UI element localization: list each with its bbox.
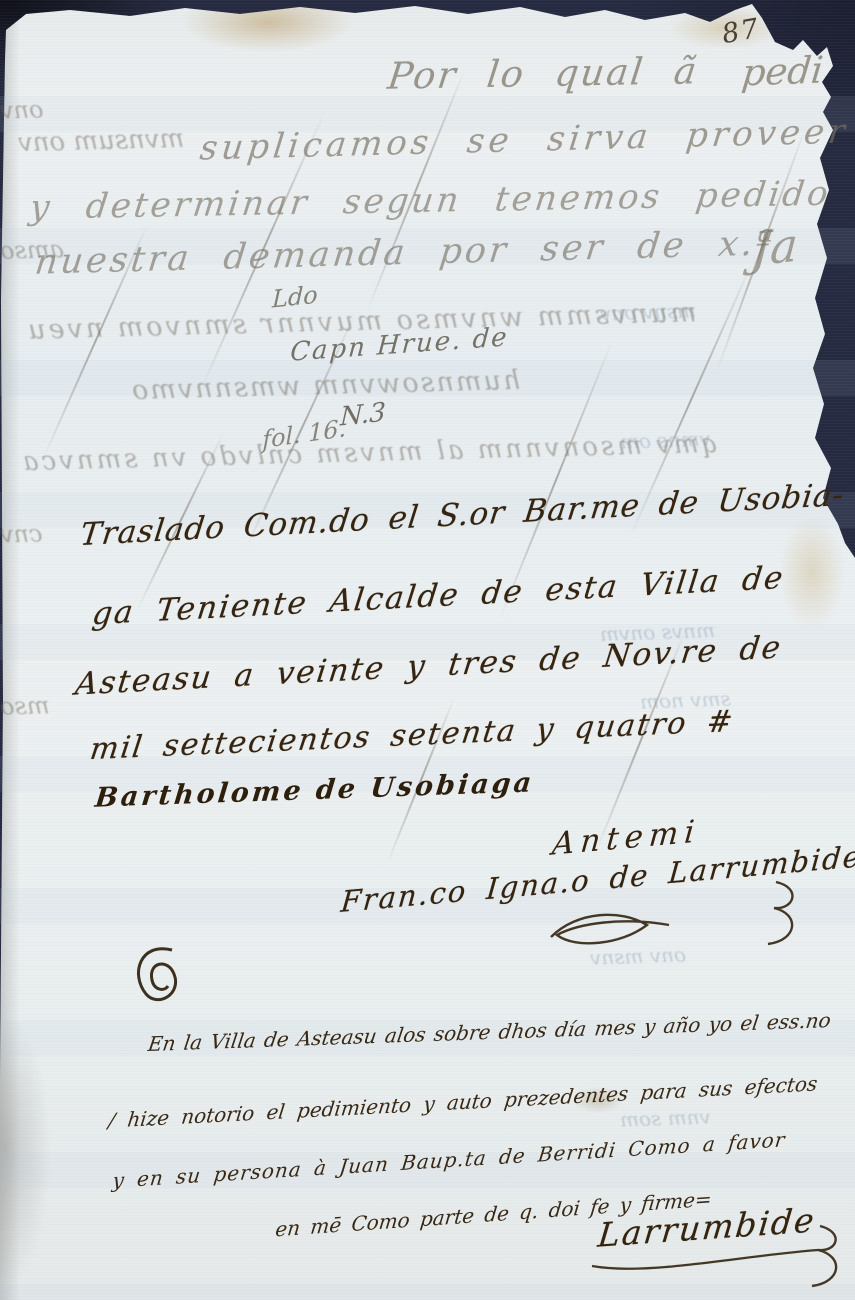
petition-line-1-left: Por lo qual ã [385,49,700,98]
marginalia-ldo: Ldo [272,280,318,313]
bleedthrough-edge-fragment: mso [0,691,50,720]
petition-line-1-right: pedi [740,48,826,94]
folio-number: 87 [720,13,763,50]
rubric-curl-icon [748,878,810,952]
bleedthrough-line: mvnsum onv [18,124,185,158]
signature-underline-flourish-icon [588,1244,823,1274]
rubric-curl-bottom-icon [800,1222,850,1292]
rubric-flourish-icon [545,905,675,957]
bleedthrough-blue-line: vmns om [620,426,712,453]
marginalia-number-ref: N.3 [340,397,387,432]
bleedthrough-blue-line: msnv onv [600,298,697,325]
paragraph-initial-loop-icon [128,942,190,1020]
bleedthrough-edge-fragment: cnv [0,519,43,548]
bleedthrough-blue-line: vnm som [620,1104,712,1131]
bleedthrough-edge-fragment: onv [0,95,44,124]
petition-line-4-flourish: Ja [750,217,799,276]
